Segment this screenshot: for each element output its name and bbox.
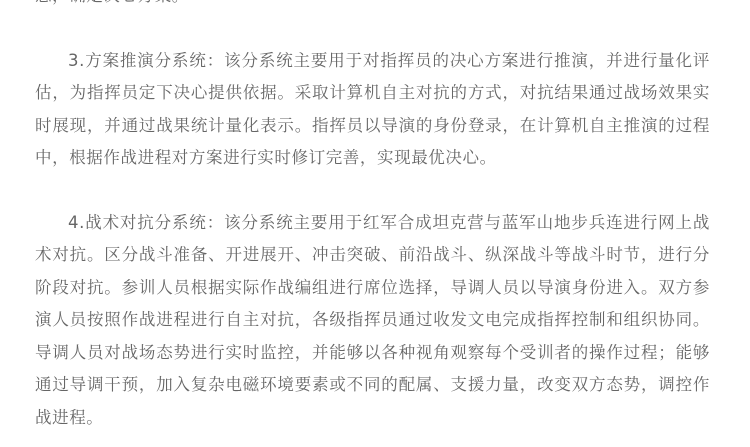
document-page: 息，确定决心方案。 3.方案推演分系统：该分系统主要用于对指挥员的决心方案进行推… xyxy=(0,0,750,447)
paragraph-section-3: 3.方案推演分系统：该分系统主要用于对指挥员的决心方案进行推演，并进行量化评估，… xyxy=(35,45,710,175)
article-body: 息，确定决心方案。 3.方案推演分系统：该分系统主要用于对指挥员的决心方案进行推… xyxy=(35,0,710,434)
paragraph-gap xyxy=(35,175,710,207)
paragraph-gap xyxy=(35,13,710,45)
partial-top-paragraph: 息，确定决心方案。 xyxy=(35,0,710,13)
paragraph-section-4: 4.战术对抗分系统：该分系统主要用于红军合成坦克营与蓝军山地步兵连进行网上战术对… xyxy=(35,207,710,435)
